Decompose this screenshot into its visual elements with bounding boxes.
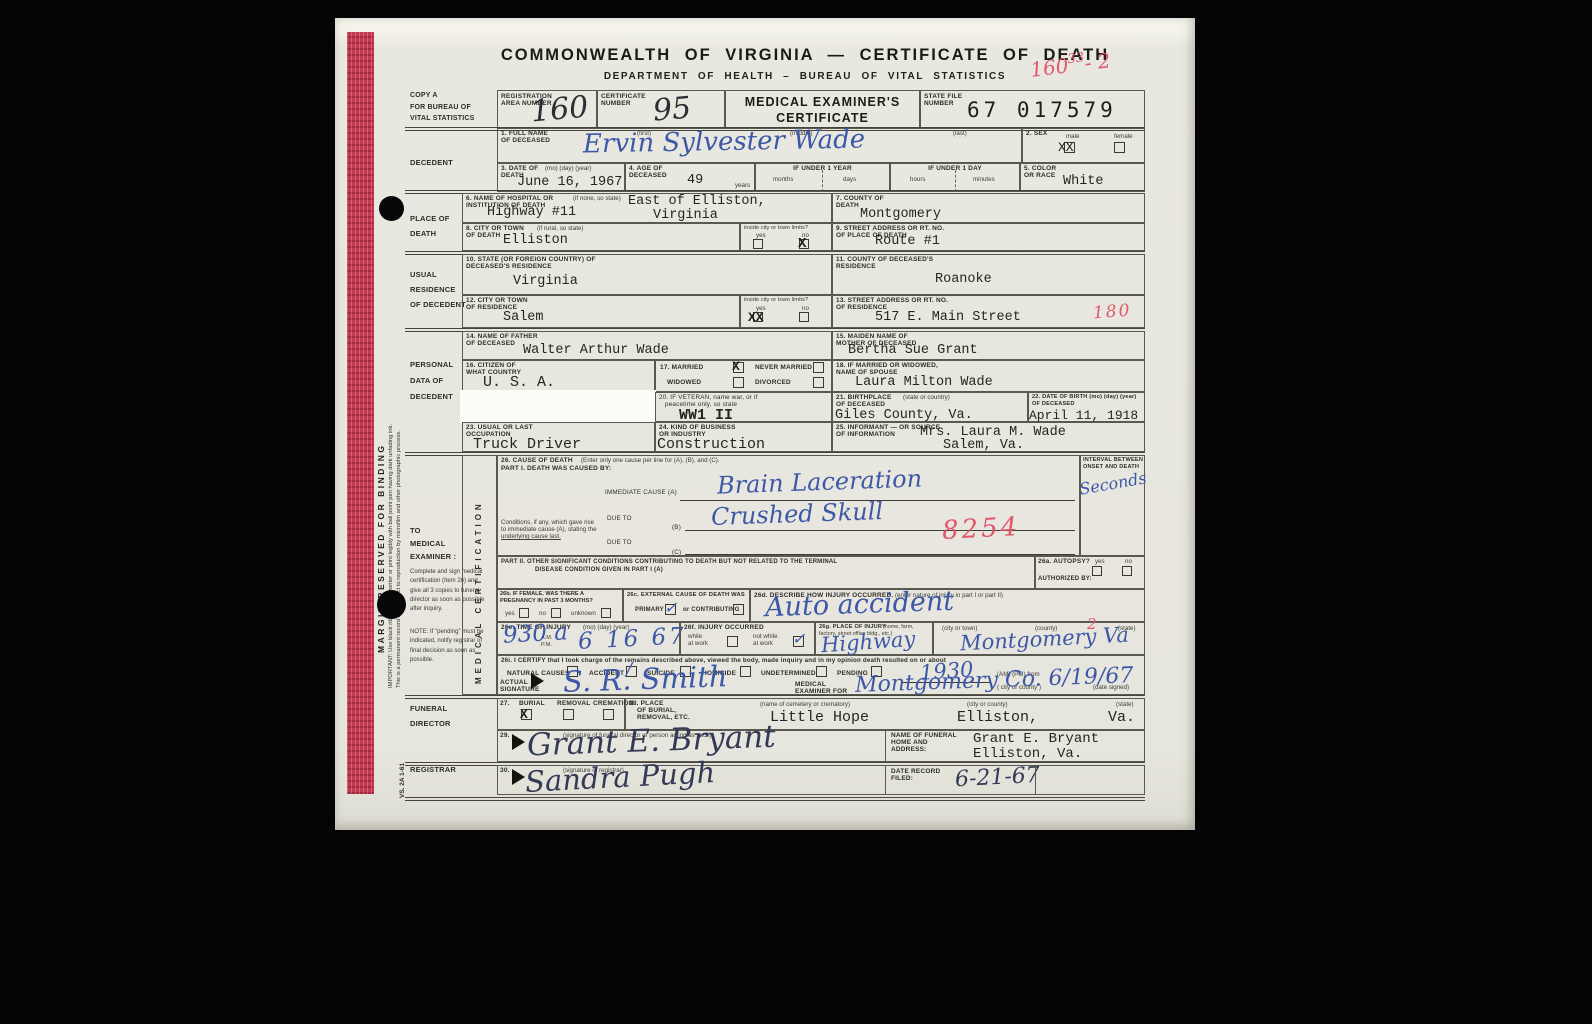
hospital-value-line-2: Virginia (653, 208, 718, 223)
external-cause-label: 26c. EXTERNAL CAUSE OF DEATH WAS (627, 592, 745, 599)
to-medical-examiner-1: TO (410, 526, 421, 535)
funeral-home-value-1: Grant E. Bryant (973, 731, 1099, 747)
undetermined-checkbox (816, 666, 827, 677)
part2-label-2: DISEASE CONDITION GIVEN IN PART I (A) (535, 567, 663, 575)
copy-label-2: FOR BUREAU OF (410, 104, 471, 113)
section-decedent: DECEDENT (410, 158, 453, 167)
section-registrar: REGISTRAR (410, 765, 456, 774)
never-married-label: NEVER MARRIED (755, 364, 812, 372)
full-name-label-2: OF DECEASED (501, 137, 550, 145)
me-certificate-line-1: MEDICAL EXAMINER'S (725, 95, 920, 109)
homicide-checkbox (740, 666, 751, 677)
sex-label: 2. SEX (1026, 130, 1047, 138)
autopsy-authorized-label: AUTHORIZED BY: (1038, 576, 1092, 584)
registrar-arrow-icon (512, 769, 525, 785)
copy-label-3: VITAL STATISTICS (410, 115, 475, 124)
pregnancy-unknown-hint: unknown (571, 610, 596, 617)
burial-mark: X (520, 707, 528, 722)
state-file-number-value: 67 017579 (967, 98, 1117, 122)
autopsy-yes-hint: yes (1095, 558, 1105, 565)
section-residence-1: USUAL (410, 270, 437, 279)
cause-red-code: 8254 (941, 512, 1021, 546)
section-personal-2: DATA OF (410, 376, 443, 385)
section-place-of-death-1: PLACE OF (410, 214, 450, 223)
occupation-value: Truck Driver (473, 436, 581, 453)
registration-area-value: 160 (530, 90, 590, 130)
birthplace-hint: (state or country) (903, 394, 950, 401)
full-name-value: Ervin Sylvester Wade (583, 125, 866, 160)
cause-label: 26. CAUSE OF DEATH (501, 457, 573, 465)
death-limits-yes-checkbox (753, 239, 763, 249)
cause-b-value: Crushed Skull (711, 497, 884, 531)
informant-value-2: Salem, Va. (943, 438, 1024, 453)
medical-examiner-signature: S. R. Smith (562, 659, 728, 699)
industry-value: Construction (657, 436, 765, 453)
age-value: 49 (687, 173, 703, 188)
time-of-injury-time-value: 930 a (502, 619, 568, 648)
under-1-year-days-hint: days (843, 176, 856, 183)
burial-city-hint: (city or county) (967, 701, 1008, 708)
death-street-value: Route #1 (875, 234, 940, 249)
sex-female-checkbox (1114, 142, 1125, 153)
how-injury-value: Auto accident (765, 586, 955, 624)
cemetery-hint: (name of cemetery or crematory) (760, 701, 850, 708)
citizenship-value: U. S. A. (483, 374, 555, 391)
red-annotation-sup: 33 (1067, 50, 1085, 67)
line-b-label: (B) (672, 524, 681, 532)
copy-label-1: COPY A (410, 92, 438, 101)
hospital-value-location: Highway #11 (487, 205, 576, 220)
removal-label: REMOVAL (557, 700, 590, 708)
conditions-note-3: underlying cause last. (501, 533, 561, 540)
widowed-checkbox (733, 377, 744, 388)
funeral-home-divider (885, 730, 886, 762)
residence-street-value: 517 E. Main Street (875, 310, 1021, 325)
not-while-hint-2: at work (753, 640, 773, 647)
county-of-death-value: Montgomery (860, 207, 941, 222)
while-at-work-checkbox (727, 636, 738, 647)
color-or-race-label-2: OR RACE (1024, 172, 1055, 180)
section-personal-3: DECEDENT (410, 392, 453, 401)
color-or-race-value: White (1063, 174, 1104, 189)
autopsy-label: 26a. AUTOPSY? (1038, 558, 1090, 566)
residence-limits-yes-mark: XX (748, 310, 764, 325)
spouse-name-value: Laura Milton Wade (855, 375, 993, 390)
residence-county-value: Roanoke (935, 272, 992, 287)
residence-state-label-2: DECEASED'S RESIDENCE (466, 263, 552, 271)
pregnancy-no-hint: no (539, 610, 546, 617)
pregnancy-label-2: 3 MONTHS? (560, 598, 592, 604)
last-name-hint: (last) (953, 130, 967, 137)
date-of-birth-value: April 11, 1918 (1029, 408, 1138, 423)
certificate-number-value: 95 (652, 90, 693, 128)
under-1-day-hours-hint: hours (910, 176, 925, 183)
section-funeral-1: FUNERAL (410, 704, 447, 713)
mother-name-value: Bertha Sue Grant (848, 343, 978, 358)
to-medical-examiner-2: MEDICAL (410, 539, 446, 548)
binding-margin-label: MARGIN RESERVED FOR BINDING (376, 223, 386, 653)
city-of-death-label-2: OF DEATH (466, 232, 500, 240)
date-filed-value: 6-21-67 (954, 763, 1040, 792)
autopsy-yes-checkbox (1092, 566, 1102, 576)
section-residence-2: RESIDENCE (410, 285, 456, 294)
residence-county-label-2: RESIDENCE (836, 263, 876, 271)
separator (405, 797, 1145, 801)
pregnancy-yes-checkbox (519, 608, 529, 618)
pregnancy-label: 26b. IF FEMALE, WAS THERE A PREGNANCY IN… (500, 591, 620, 606)
divorced-label: DIVORCED (755, 379, 791, 387)
sex-female-hint: female (1114, 133, 1133, 140)
date-filed-label-2: FILED: (891, 775, 913, 783)
residence-street-red-annotation: 180 (1092, 301, 1132, 324)
part2-label-1: PART II. OTHER SIGNIFICANT CONDITIONS CO… (501, 559, 837, 567)
cause-note: (Enter only one cause per line for (A), … (581, 457, 720, 464)
married-label: 17. MARRIED (660, 364, 703, 372)
residence-limits-no-checkbox (799, 312, 809, 322)
registrar-row-divider (1035, 765, 1036, 795)
under-1-year-months-hint: months (773, 176, 793, 183)
not-while-at-work-mark: ✓ (792, 629, 805, 648)
city-of-death-value: Elliston (503, 233, 568, 248)
interval-label-1: INTERVAL BETWEEN (1083, 457, 1143, 464)
due-to-b-label: DUE TO (607, 515, 632, 523)
removal-checkbox (563, 709, 574, 720)
autopsy-no-hint: no (1125, 558, 1132, 565)
under-1-day-divider (955, 170, 956, 192)
date-of-birth-label-1: 22. DATE OF BIRTH (mo) (day) (year) (1032, 394, 1137, 401)
form-number: VS. 2A 1-61 (399, 713, 406, 798)
section-funeral-2: DIRECTOR (410, 719, 451, 728)
due-to-c-label: DUE TO (607, 539, 632, 547)
age-unit-hint: years (735, 182, 750, 189)
residence-state-value: Virginia (513, 274, 578, 289)
funeral-home-value-2: Elliston, Va. (973, 746, 1082, 762)
cause-part1-label: PART I. DEATH WAS CAUSED BY: (501, 465, 611, 473)
hole-punch-bottom (377, 590, 406, 619)
cremation-checkbox (603, 709, 614, 720)
registrar-number: 30. (500, 767, 510, 775)
date-of-birth-label-2: OF DECEASED (1032, 401, 1075, 408)
burial-city-value: Elliston, (957, 709, 1038, 726)
under-1-year-divider (822, 170, 823, 192)
me-certificate-line-2: CERTIFICATE (725, 111, 920, 125)
medical-certification-label: MEDICAL CERTIFICATION (474, 466, 484, 684)
pregnancy-no-checkbox (551, 608, 561, 618)
red-annotation-tail: - 2 (1083, 48, 1112, 75)
red-annotation-main: 160 (1029, 53, 1070, 81)
signature-arrow-icon (531, 673, 544, 689)
autopsy-no-checkbox (1122, 566, 1132, 576)
immediate-cause-label: IMMEDIATE CAUSE (A) (605, 489, 677, 497)
death-limits-question: inside city or town limits? (744, 225, 808, 232)
married-mark: X (732, 359, 740, 374)
to-medical-examiner-3: EXAMINER : (410, 552, 456, 561)
burial-state-hint: (state) (1116, 701, 1134, 708)
date-of-death-hint: (mo) (day) (year) (545, 165, 591, 172)
sex-male-mark: XX (1058, 140, 1074, 155)
date-of-death-value: June 16, 1967 (517, 175, 622, 190)
never-married-checkbox (813, 362, 824, 373)
age-label-2: DECEASED (629, 172, 667, 180)
father-name-label-2: OF DECEASED (466, 340, 515, 348)
cause-c-line (685, 554, 1075, 555)
birthplace-value: Giles County, Va. (835, 408, 973, 423)
death-limits-no-mark: X (798, 236, 806, 252)
divorced-checkbox (813, 377, 824, 388)
while-hint-2: at work (688, 640, 708, 647)
death-certificate-scan: MARGIN RESERVED FOR BINDING IMPORTANT: U… (335, 18, 1195, 830)
under-1-day-minutes-hint: minutes (973, 176, 995, 183)
cemetery-value: Little Hope (770, 709, 869, 726)
funeral-home-label-3: ADDRESS: (891, 746, 927, 754)
funeral-director-arrow-icon (512, 734, 525, 750)
external-contributing-checkbox (733, 604, 744, 615)
undetermined-label: UNDETERMINED (761, 670, 816, 678)
certificate-number-label-2: NUMBER (601, 100, 631, 108)
binding-margin-strip (347, 32, 374, 794)
father-name-value: Walter Arthur Wade (523, 343, 669, 358)
city-of-death-hint: (if rural, so state) (537, 225, 583, 232)
pregnancy-unknown-checkbox (601, 608, 611, 618)
external-contributing-label: or CONTRIBUTING (683, 607, 740, 615)
pregnancy-yes-hint: yes (505, 610, 515, 617)
redacted-block (460, 390, 656, 423)
section-residence-3: OF DECEDENT (410, 300, 466, 309)
external-primary-label: PRIMARY (635, 607, 664, 615)
county-of-death-label-2: DEATH (836, 202, 859, 210)
hole-punch-top (379, 196, 404, 221)
funeral-director-number: 29. (500, 732, 510, 740)
injury-location-red-mark: 2 (1087, 615, 1097, 633)
residence-city-value: Salem (503, 310, 544, 325)
residence-limits-question: inside city or town limits? (744, 297, 808, 304)
disposition-number: 27. (500, 700, 510, 708)
section-personal-1: PERSONAL (410, 360, 453, 369)
date-filed-divider (885, 765, 886, 795)
injury-occurred-label: 26f. INJURY OCCURRED (684, 624, 764, 632)
section-place-of-death-2: DEATH (410, 229, 436, 238)
burial-state-value: Va. (1108, 709, 1135, 726)
hospital-value-line-1: East of Elliston, (628, 194, 766, 209)
external-primary-mark: ✓ (664, 598, 677, 617)
informant-label-2: OF INFORMATION (836, 431, 895, 439)
hospital-hint: (if none, so state) (573, 195, 621, 202)
state-file-label-2: NUMBER (924, 100, 954, 108)
widowed-label: WIDOWED (667, 379, 701, 387)
